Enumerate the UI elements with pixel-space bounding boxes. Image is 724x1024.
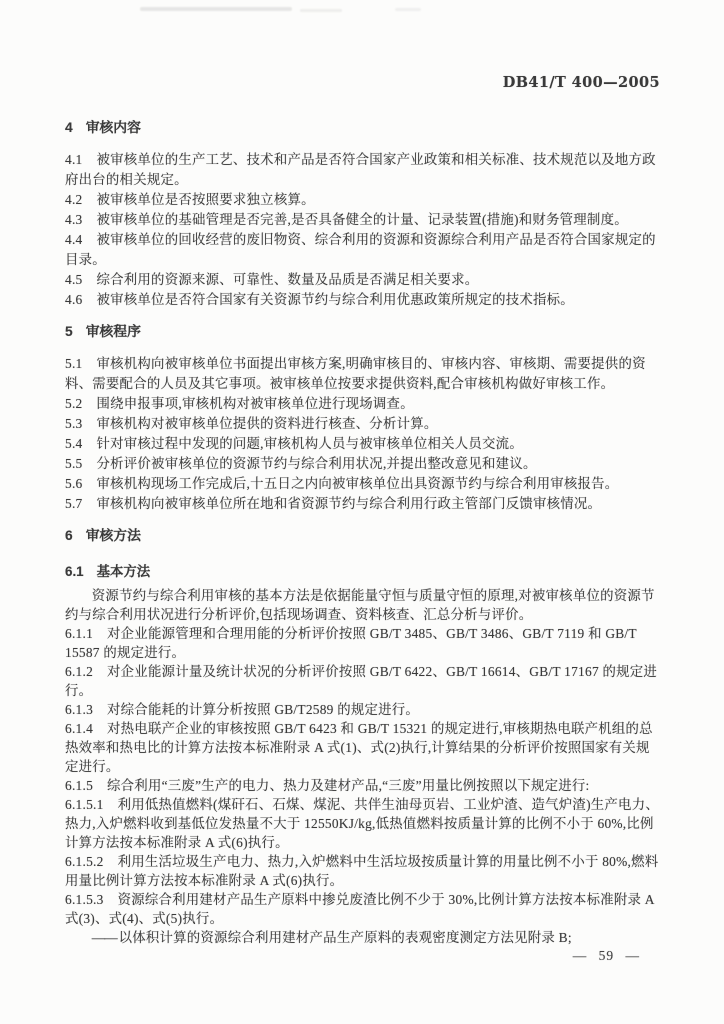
clause-number: 5.6 (65, 476, 83, 491)
section-heading-6: 6审核方法 (65, 514, 661, 546)
clause-text: 被审核单位是否按照要求独立核算。 (97, 192, 315, 207)
standard-code-header: DB41/T 400—2005 (503, 74, 660, 91)
clause-text: 审核机构向被审核单位书面提出审核方案,明确审核目的、审核内容、审核期、需要提供的… (65, 356, 646, 391)
clause-text: 针对审核过程中发现的问题,审核机构人员与被审核单位相关人员交流。 (97, 436, 523, 451)
clause-number: 5.2 (65, 396, 83, 411)
clause-number: 4.6 (65, 292, 83, 307)
page-number: — 59 — (573, 948, 640, 964)
clause-6-1-4: 6.1.4对热电联产企业的审核按照 GB/T 6423 和 GB/T 15321… (65, 719, 661, 776)
scan-smudge (300, 9, 342, 12)
section-title: 审核方法 (86, 528, 141, 543)
section-number: 6.1 (65, 564, 84, 579)
clause-text: 综合利用的资源来源、可靠性、数量及品质是否满足相关要求。 (97, 272, 479, 287)
clause-number: 6.1.1 (65, 626, 93, 641)
clause-4-5: 4.5综合利用的资源来源、可靠性、数量及品质是否满足相关要求。 (65, 270, 661, 290)
clause-text: 利用生活垃圾生产电力、热力,入炉燃料中生活垃圾按质量计算的用量比例不小于 80%… (65, 854, 658, 888)
clause-number: 4.1 (65, 152, 83, 167)
clause-number: 6.1.5.2 (65, 854, 104, 869)
section-title: 审核程序 (86, 324, 141, 339)
subsection-heading-6-1: 6.1基本方法 (65, 558, 661, 582)
clause-4-2: 4.2被审核单位是否按照要求独立核算。 (65, 190, 661, 210)
clause-text: 分析评价被审核单位的资源节约与综合利用状况,并提出整改意见和建议。 (97, 456, 537, 471)
clause-5-6: 5.6审核机构现场工作完成后,十五日之内向被审核单位出具资源节约与综合利用审核报… (65, 474, 661, 494)
clause-6-1-5-2: 6.1.5.2利用生活垃圾生产电力、热力,入炉燃料中生活垃圾按质量计算的用量比例… (65, 852, 661, 890)
section-title: 审核内容 (86, 120, 141, 135)
clause-text: 利用低热值燃料(煤矸石、石煤、煤泥、共伴生油母页岩、工业炉渣、造气炉渣)生产电力… (65, 797, 659, 850)
clause-6-1-5-1: 6.1.5.1利用低热值燃料(煤矸石、石煤、煤泥、共伴生油母页岩、工业炉渣、造气… (65, 795, 661, 852)
scan-smudge (395, 8, 421, 11)
clause-number: 5.7 (65, 496, 83, 511)
clause-4-4: 4.4被审核单位的回收经营的废旧物资、综合利用的资源和资源综合利用产品是否符合国… (65, 230, 661, 270)
section-number: 5 (65, 324, 73, 339)
clause-text: 审核机构向被审核单位所在地和省资源节约与综合利用行政主管部门反馈审核情况。 (97, 496, 602, 511)
clause-number: 4.3 (65, 212, 83, 227)
clause-5-3: 5.3审核机构对被审核单位提供的资料进行核查、分析计算。 (65, 414, 661, 434)
clause-text: 资源综合利用建材产品生产原料中掺兑废渣比例不少于 30%,比例计算方法按本标准附… (65, 892, 654, 926)
section-heading-4: 4审核内容 (65, 106, 661, 138)
clause-text: 对热电联产企业的审核按照 GB/T 6423 和 GB/T 15321 的规定进… (65, 721, 653, 774)
clause-6-1-3: 6.1.3对综合能耗的计算分析按照 GB/T2589 的规定进行。 (65, 700, 661, 719)
clause-6-1-5: 6.1.5综合利用“三废”生产的电力、热力及建材产品,“三废”用量比例按照以下规… (65, 776, 661, 795)
clause-5-2: 5.2围绕申报事项,审核机构对被审核单位进行现场调查。 (65, 394, 661, 414)
clause-number: 6.1.5.1 (65, 797, 104, 812)
clause-6-1-2: 6.1.2对企业能源计量及统计状况的分析评价按照 GB/T 6422、GB/T … (65, 662, 661, 700)
section-heading-5: 5审核程序 (65, 310, 661, 342)
clause-number: 5.3 (65, 416, 83, 431)
section-number: 4 (65, 120, 73, 135)
clause-number: 6.1.5.3 (65, 892, 104, 907)
dash-item-text: 以体积计算的资源综合利用建材产品生产原料的表观密度测定方法见附录 B; (119, 930, 572, 945)
clause-number: 5.5 (65, 456, 83, 471)
clause-text: 围绕申报事项,审核机构对被审核单位进行现场调查。 (97, 396, 414, 411)
clause-number: 4.4 (65, 232, 83, 247)
clause-text: 对企业能源管理和合理用能的分析评价按照 GB/T 3485、GB/T 3486、… (65, 626, 637, 660)
clause-4-3: 4.3被审核单位的基础管理是否完善,是否具备健全的计量、记录装置(措施)和财务管… (65, 210, 661, 230)
clause-5-7: 5.7审核机构向被审核单位所在地和省资源节约与综合利用行政主管部门反馈审核情况。 (65, 494, 661, 514)
clause-6-1-1: 6.1.1对企业能源管理和合理用能的分析评价按照 GB/T 3485、GB/T … (65, 624, 661, 662)
clause-5-4: 5.4针对审核过程中发现的问题,审核机构人员与被审核单位相关人员交流。 (65, 434, 661, 454)
clause-text: 对企业能源计量及统计状况的分析评价按照 GB/T 6422、GB/T 16614… (65, 664, 657, 698)
em-dash-bullet: —— (92, 930, 117, 945)
clause-text: 被审核单位是否符合国家有关资源节约与综合利用优惠政策所规定的技术指标。 (97, 292, 574, 307)
section-number: 6 (65, 528, 73, 543)
clause-text: 被审核单位的回收经营的废旧物资、综合利用的资源和资源综合利用产品是否符合国家规定… (65, 232, 656, 267)
section-title: 基本方法 (97, 564, 151, 579)
clause-number: 6.1.5 (65, 778, 93, 793)
scanned-document-page: DB41/T 400—2005 4审核内容 4.1被审核单位的生产工艺、技术和产… (0, 0, 724, 1024)
clause-number: 5.1 (65, 356, 83, 371)
clause-number: 4.5 (65, 272, 83, 287)
clause-5-5: 5.5分析评价被审核单位的资源节约与综合利用状况,并提出整改意见和建议。 (65, 454, 661, 474)
clause-text: 审核机构现场工作完成后,十五日之内向被审核单位出具资源节约与综合利用审核报告。 (97, 476, 619, 491)
clause-text: 被审核单位的基础管理是否完善,是否具备健全的计量、记录装置(措施)和财务管理制度… (97, 212, 628, 227)
clause-number: 6.1.2 (65, 664, 93, 679)
clause-number: 5.4 (65, 436, 83, 451)
intro-paragraph-6-1: 资源节约与综合利用审核的基本方法是依据能量守恒与质量守恒的原理,对被审核单位的资… (65, 586, 661, 624)
clause-text: 综合利用“三废”生产的电力、热力及建材产品,“三废”用量比例按照以下规定进行: (107, 778, 589, 793)
clause-text: 被审核单位的生产工艺、技术和产品是否符合国家产业政策和相关标准、技术规范以及地方… (65, 152, 656, 187)
clause-5-1: 5.1审核机构向被审核单位书面提出审核方案,明确审核目的、审核内容、审核期、需要… (65, 354, 661, 394)
page-content: 4审核内容 4.1被审核单位的生产工艺、技术和产品是否符合国家产业政策和相关标准… (65, 106, 661, 947)
dash-list-item: ——以体积计算的资源综合利用建材产品生产原料的表观密度测定方法见附录 B; (65, 928, 661, 947)
clause-number: 6.1.4 (65, 721, 93, 736)
clause-number: 4.2 (65, 192, 83, 207)
scan-smudge (140, 7, 292, 11)
clause-number: 6.1.3 (65, 702, 93, 717)
clause-4-6: 4.6被审核单位是否符合国家有关资源节约与综合利用优惠政策所规定的技术指标。 (65, 290, 661, 310)
clause-text: 对综合能耗的计算分析按照 GB/T2589 的规定进行。 (107, 702, 419, 717)
clause-4-1: 4.1被审核单位的生产工艺、技术和产品是否符合国家产业政策和相关标准、技术规范以… (65, 150, 661, 190)
clause-6-1-5-3: 6.1.5.3资源综合利用建材产品生产原料中掺兑废渣比例不少于 30%,比例计算… (65, 890, 661, 928)
clause-text: 审核机构对被审核单位提供的资料进行核查、分析计算。 (97, 416, 438, 431)
